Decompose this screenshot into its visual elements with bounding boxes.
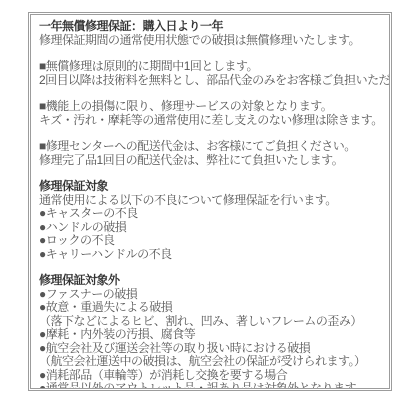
not-covered-item: ●摩耗・内外装の汚損、腐食等: [39, 328, 381, 342]
not-covered-item: （航空会社運送中の破損は、航空会社の保証が受けられます。）: [39, 355, 381, 369]
note-line: キズ・汚れ・摩耗等の通常使用に差し支えのない修理は除きます。: [39, 114, 381, 128]
warranty-title: 一年無償修理保証：購入日より一年: [39, 20, 381, 34]
covered-item: ●ロックの不良: [39, 234, 381, 248]
note-functional-damage: ■機能上の損傷に限り、修理サービスの対象となります。 キズ・汚れ・摩耗等の通常使…: [39, 100, 381, 127]
covered-item: ●ハンドルの破損: [39, 221, 381, 235]
not-covered-heading: 修理保証対象外: [39, 274, 381, 288]
covered-description: 通常使用による以下の不良について修理保証を行います。: [39, 194, 381, 208]
not-covered-item: ●ファスナーの破損: [39, 288, 381, 302]
note-line: ■修理センターへの配送代金は、お客様にてご負担ください。: [39, 140, 381, 154]
not-covered-item: （落下などによるヒビ、割れ、凹み、著しいフレームの歪み）: [39, 315, 381, 329]
warranty-intro-paragraph: 一年無償修理保証：購入日より一年 修理保証期間の通常使用状態での破損は無償修理い…: [39, 20, 381, 47]
covered-item: ●キャリーハンドルの不良: [39, 248, 381, 262]
note-line: 修理完了品1回目の配送代金は、弊社にて負担いたします。: [39, 154, 381, 168]
note-free-repair-limit: ■無償修理は原則的に期間中1回とします。 2回目以降は技術料を無料とし、部品代金…: [39, 60, 381, 87]
note-line: 2回目以降は技術料を無料とし、部品代金のみをお客様ご負担いただきます。: [39, 74, 381, 88]
covered-heading: 修理保証対象: [39, 180, 381, 194]
not-covered-item: ●故意・重過失による破損: [39, 301, 381, 315]
warranty-terms-box: 一年無償修理保証：購入日より一年 修理保証期間の通常使用状態での破損は無償修理い…: [28, 12, 392, 391]
note-line: ■機能上の損傷に限り、修理サービスの対象となります。: [39, 100, 381, 114]
covered-item: ●キャスターの不良: [39, 207, 381, 221]
warranty-intro-text: 修理保証期間の通常使用状態での破損は無償修理いたします。: [39, 34, 381, 48]
note-line: ■無償修理は原則的に期間中1回とします。: [39, 60, 381, 74]
not-covered-item: ●消耗部品（車輪等）が消耗し交換を要する場合: [39, 369, 381, 383]
note-shipping-cost: ■修理センターへの配送代金は、お客様にてご負担ください。 修理完了品1回目の配送…: [39, 140, 381, 167]
not-covered-item: ●通常品以外のアウトレット品・訳あり品は対象外となります。: [39, 382, 381, 391]
not-covered-section: 修理保証対象外 ●ファスナーの破損 ●故意・重過失による破損 （落下などによるヒ…: [39, 274, 381, 391]
not-covered-item: ●航空会社及び運送会社等の取り扱い時における破損: [39, 342, 381, 356]
covered-section: 修理保証対象 通常使用による以下の不良について修理保証を行います。 ●キャスター…: [39, 180, 381, 261]
